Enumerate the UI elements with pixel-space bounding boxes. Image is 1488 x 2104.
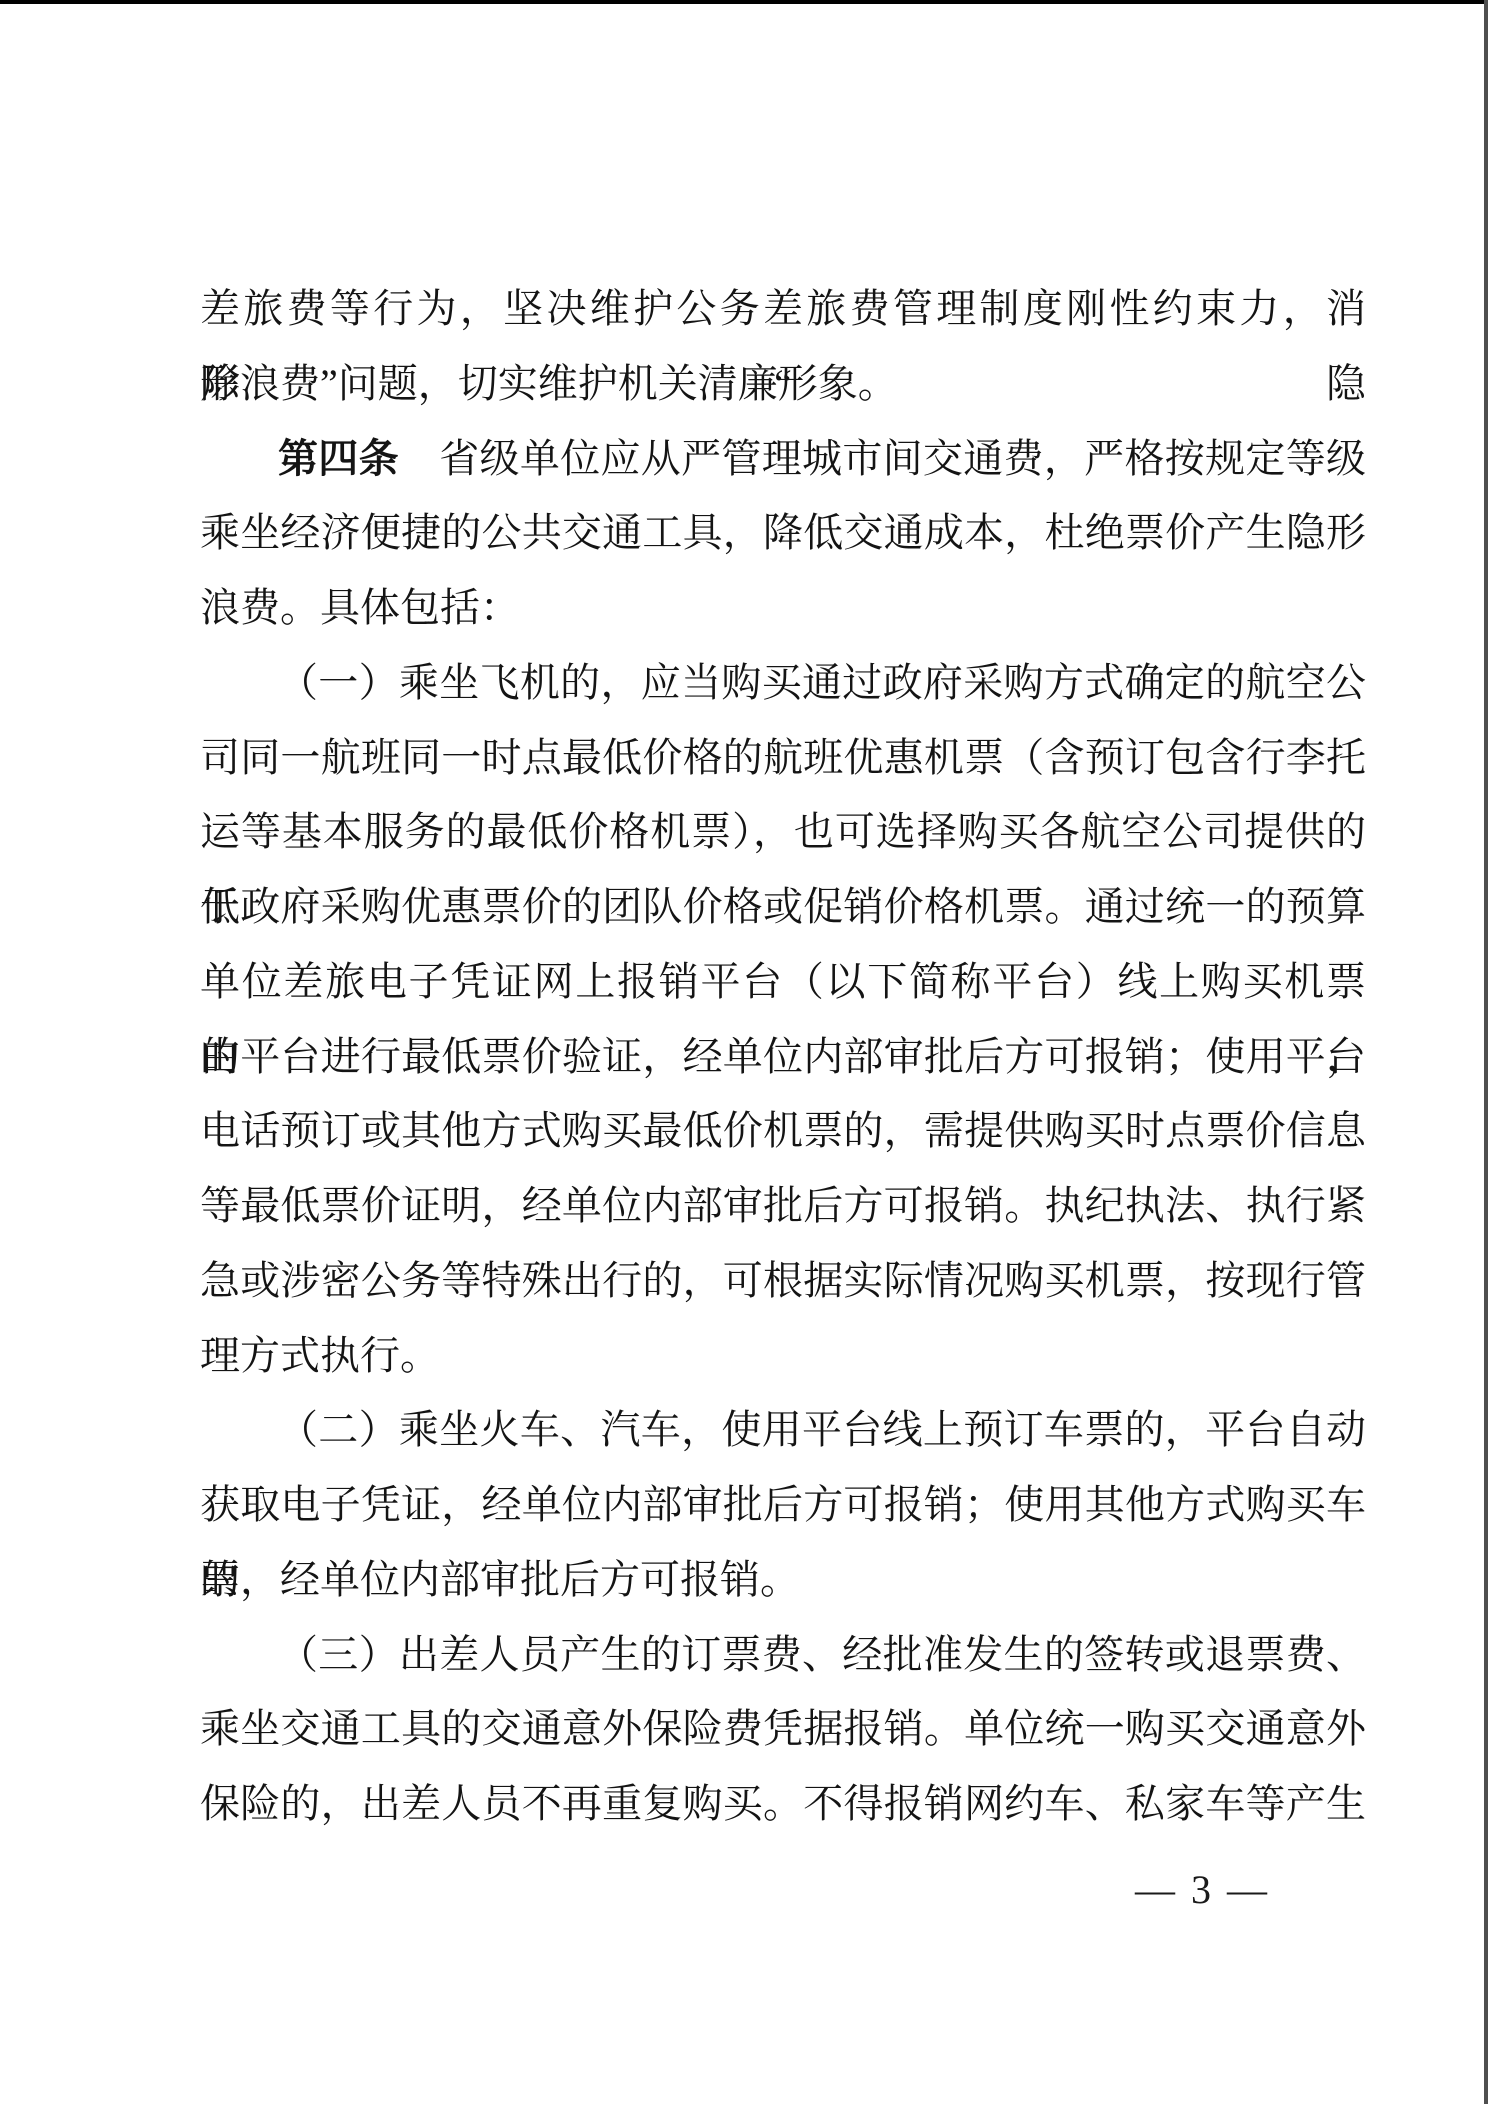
page-number: — 3 —	[1135, 1868, 1270, 1912]
text-run: 等最低票价证明，经单位内部审批后方可报销。执纪执法、执行紧	[200, 1183, 1366, 1228]
clause-heading: 第四条	[278, 437, 399, 481]
text-run: 急或涉密公务等特殊出行的，可根据实际情况购买机票，按现行管	[200, 1258, 1366, 1303]
text-line: 运等基本服务的最低价格机票），也可选择购买各航空公司提供的低	[200, 795, 1366, 870]
text-line: 差旅费等行为，坚决维护公务差旅费管理制度刚性约束力，消除“隐	[200, 272, 1366, 347]
text-block: 差旅费等行为，坚决维护公务差旅费管理制度刚性约束力，消除“隐形浪费”问题，切实维…	[200, 272, 1366, 1842]
text-line: （一）乘坐飞机的，应当购买通过政府采购方式确定的航空公	[200, 646, 1366, 721]
text-run: 的，经单位内部审批后方可报销。	[200, 1557, 800, 1602]
text-run: 理方式执行。	[200, 1333, 440, 1378]
text-run: 电话预订或其他方式购买最低价机票的，需提供购买时点票价信息	[200, 1108, 1366, 1153]
text-run: 保险的，出差人员不再重复购买。不得报销网约车、私家车等产生	[200, 1781, 1366, 1826]
text-run: 省级单位应从严管理城市间交通费，严格按规定等级	[399, 436, 1366, 481]
text-line: 由平台进行最低票价验证，经单位内部审批后方可报销；使用平台	[200, 1020, 1366, 1095]
text-line: 电话预订或其他方式购买最低价机票的，需提供购买时点票价信息	[200, 1094, 1366, 1169]
text-line: 理方式执行。	[200, 1319, 1366, 1394]
text-line: 乘坐交通工具的交通意外保险费凭据报销。单位统一购买交通意外	[200, 1692, 1366, 1767]
page-right-border	[1484, 0, 1488, 2104]
text-run: （三）出差人员产生的订票费、经批准发生的签转或退票费、	[278, 1632, 1366, 1677]
text-line: （二）乘坐火车、汽车，使用平台线上预订车票的，平台自动	[200, 1393, 1366, 1468]
text-line: 第四条 省级单位应从严管理城市间交通费，严格按规定等级	[200, 422, 1366, 497]
text-line: 浪费。具体包括：	[200, 571, 1366, 646]
text-run: （二）乘坐火车、汽车，使用平台线上预订车票的，平台自动	[278, 1407, 1366, 1452]
text-line: 的，经单位内部审批后方可报销。	[200, 1543, 1366, 1618]
document-page: { "document": { "paragraphs": [ { "lines…	[0, 0, 1488, 2104]
text-line: 单位差旅电子凭证网上报销平台（以下简称平台）线上购买机票的，	[200, 945, 1366, 1020]
page-top-border	[0, 0, 1488, 4]
text-run: 浪费。具体包括：	[200, 585, 520, 630]
text-run: 乘坐交通工具的交通意外保险费凭据报销。单位统一购买交通意外	[200, 1706, 1366, 1751]
text-line: 于政府采购优惠票价的团队价格或促销价格机票。通过统一的预算	[200, 870, 1366, 945]
text-line: 等最低票价证明，经单位内部审批后方可报销。执纪执法、执行紧	[200, 1169, 1366, 1244]
text-run: 乘坐经济便捷的公共交通工具，降低交通成本，杜绝票价产生隐形	[200, 510, 1366, 555]
text-run: 形浪费”问题，切实维护机关清廉形象。	[200, 361, 898, 406]
text-line: 获取电子凭证，经单位内部审批后方可报销；使用其他方式购买车票	[200, 1468, 1366, 1543]
text-line: 保险的，出差人员不再重复购买。不得报销网约车、私家车等产生	[200, 1767, 1366, 1842]
text-run: （一）乘坐飞机的，应当购买通过政府采购方式确定的航空公	[278, 660, 1366, 705]
text-line: 急或涉密公务等特殊出行的，可根据实际情况购买机票，按现行管	[200, 1244, 1366, 1319]
text-line: 司同一航班同一时点最低价格的航班优惠机票（含预订包含行李托	[200, 721, 1366, 796]
text-run: 司同一航班同一时点最低价格的航班优惠机票（含预订包含行李托	[200, 735, 1366, 780]
text-line: （三）出差人员产生的订票费、经批准发生的签转或退票费、	[200, 1618, 1366, 1693]
text-run: 由平台进行最低票价验证，经单位内部审批后方可报销；使用平台	[200, 1034, 1366, 1079]
text-line: 乘坐经济便捷的公共交通工具，降低交通成本，杜绝票价产生隐形	[200, 496, 1366, 571]
text-run: 于政府采购优惠票价的团队价格或促销价格机票。通过统一的预算	[200, 884, 1366, 929]
